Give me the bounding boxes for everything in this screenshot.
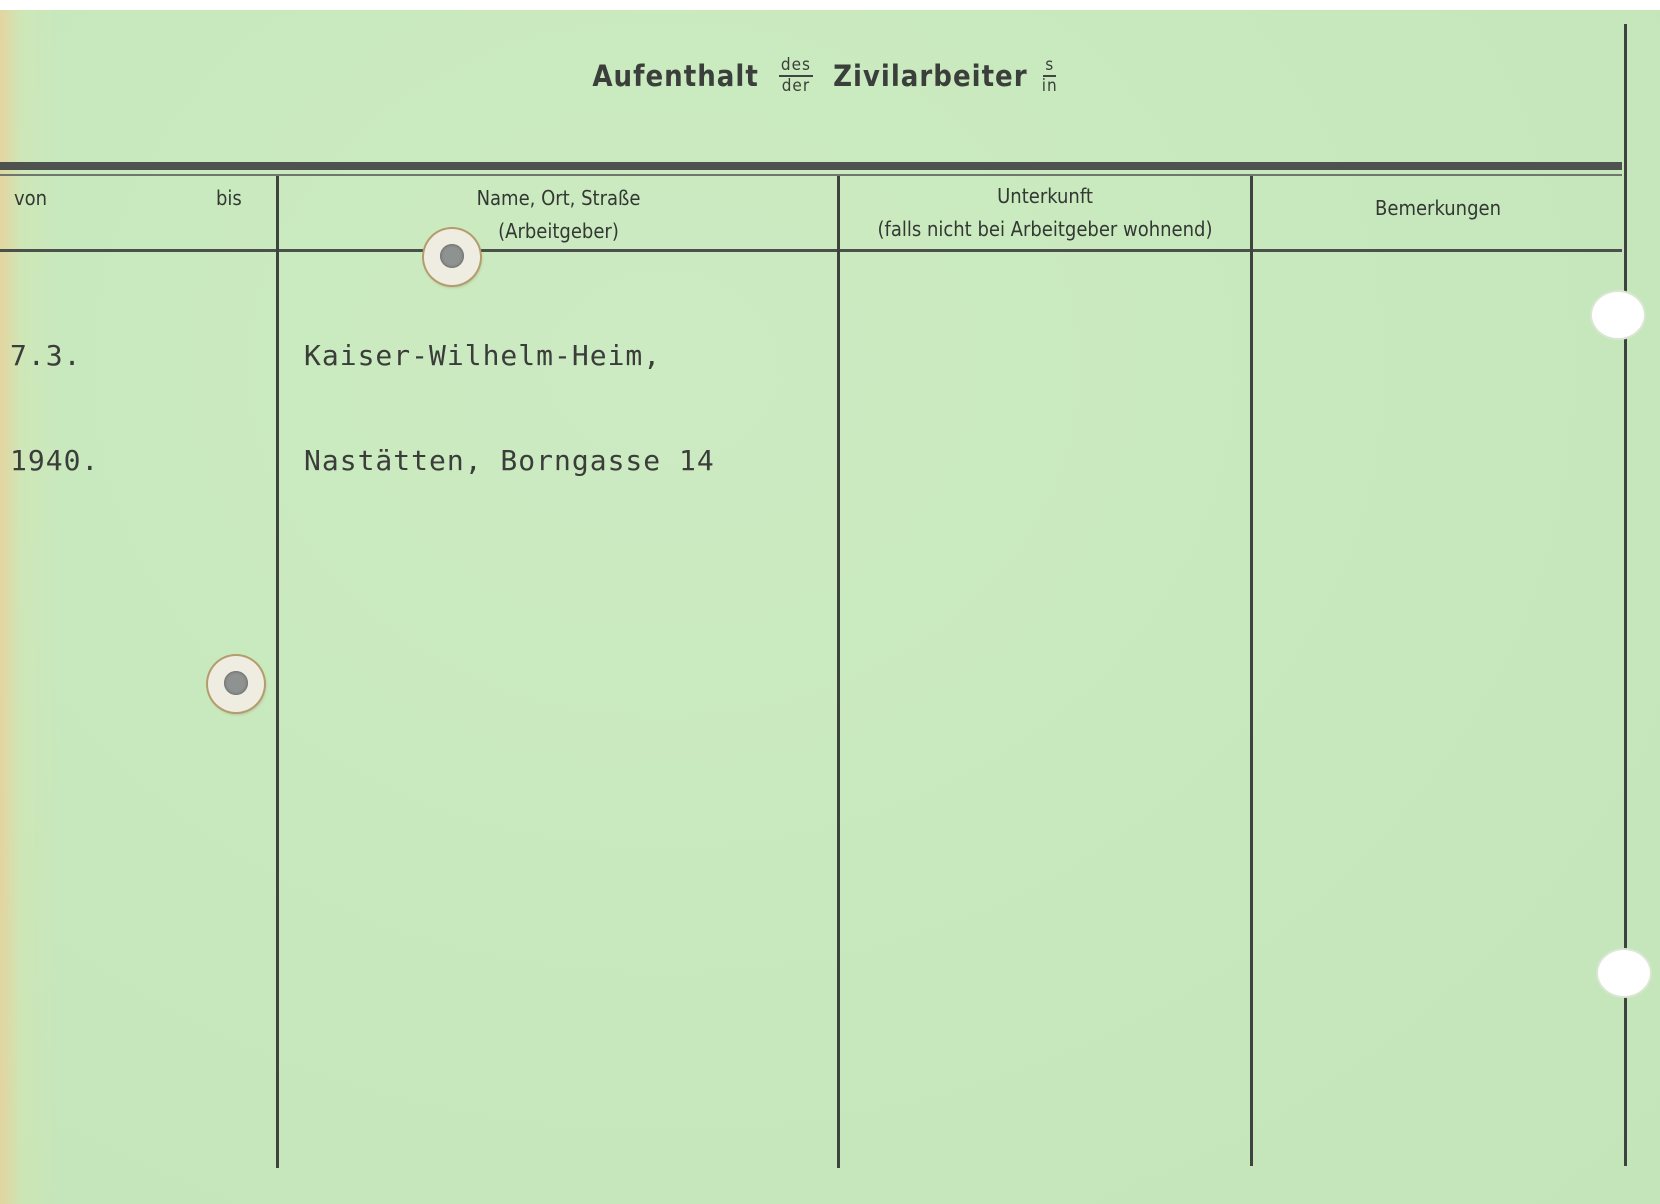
header-von: von (14, 182, 47, 215)
entry-employer-street: Nastätten, Borngasse 14 (304, 443, 715, 478)
entry-von-date: 7.3. 1940. (10, 268, 99, 548)
column-divider-name (837, 176, 840, 1168)
header-top-rule (0, 162, 1622, 170)
column-divider-dates (276, 176, 279, 1168)
title-word-zivilarbeiter: Zivilarbeiter (833, 59, 1028, 93)
eyelet-top (424, 229, 480, 285)
header-name-label: Name, Ort, Straße (280, 182, 837, 215)
header-unterkunft-sublabel: (falls nicht bei Arbeitgeber wohnend) (840, 213, 1250, 246)
title-word-aufenthalt: Aufenthalt (592, 59, 758, 93)
header-top-thin-rule (0, 174, 1622, 176)
punch-hole-lower (1598, 950, 1650, 996)
article-der: der (782, 77, 810, 96)
header-name: Name, Ort, Straße (Arbeitgeber) (280, 182, 837, 248)
header-bottom-rule (0, 249, 1622, 252)
header-bis: bis (216, 182, 242, 215)
registration-card: Aufenthalt des der Zivilarbeiter s in vo… (0, 10, 1660, 1204)
article-des: des (779, 56, 813, 77)
entry-von-year: 1940. (10, 443, 99, 478)
suffix-s: s (1043, 56, 1056, 77)
title-article-fraction: des der (779, 56, 813, 96)
title-suffix-fraction: s in (1042, 56, 1058, 96)
suffix-in: in (1042, 77, 1058, 96)
entry-employer-name: Kaiser-Wilhelm-Heim, (304, 338, 715, 373)
header-unterkunft: Unterkunft (falls nicht bei Arbeitgeber … (840, 180, 1250, 246)
punch-hole-upper (1592, 292, 1644, 338)
entry-employer-address: Kaiser-Wilhelm-Heim, Nastätten, Borngass… (304, 268, 715, 548)
entry-von-day-month: 7.3. (10, 338, 99, 373)
header-unterkunft-label: Unterkunft (840, 180, 1250, 213)
column-divider-unterkunft (1250, 176, 1253, 1166)
card-title: Aufenthalt des der Zivilarbeiter s in (0, 56, 1660, 96)
header-bemerkungen: Bemerkungen (1253, 192, 1623, 225)
eyelet-left (208, 656, 264, 712)
header-name-sublabel: (Arbeitgeber) (280, 215, 837, 248)
